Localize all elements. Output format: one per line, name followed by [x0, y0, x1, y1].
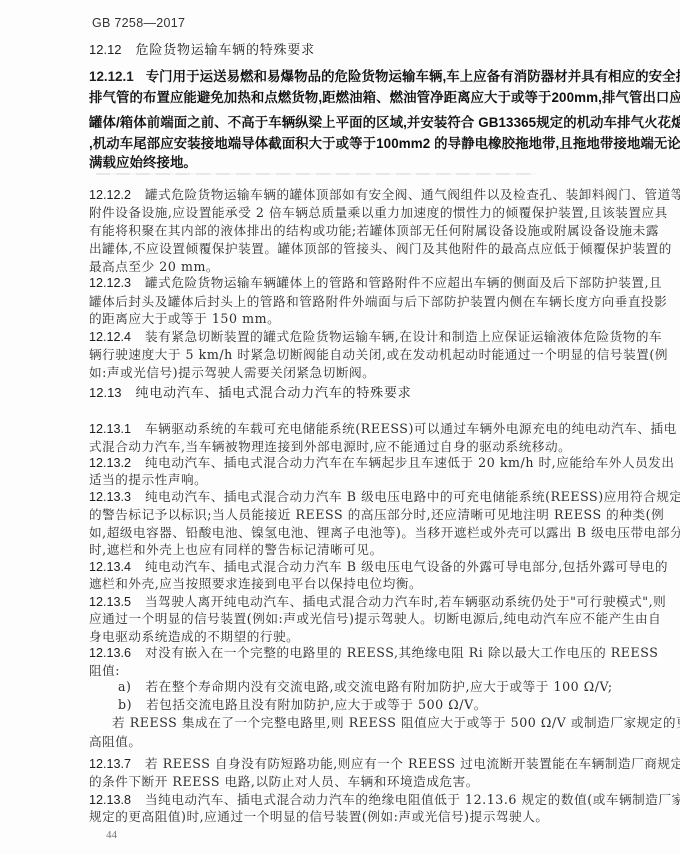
clause-text: 专门用于运送易燃和易爆物品的危险货物运输车辆,车上应备有消防器材并具有相应的安全… [146, 69, 680, 84]
clause-number: 12.12.4 [89, 330, 131, 344]
list-marker: b) [118, 697, 132, 712]
clause-note-line: 高阻值。 [89, 733, 649, 751]
clause-text: 对没有嵌入在一个完整的电路里的 REESS,其绝缘电阻 Ri 除以最大工作电压的… [145, 645, 658, 660]
standard-id: GB 7258—2017 [92, 16, 185, 30]
clause-line: 如,超级电容器、铅酸电池、镍氢电池、锂离子电池等)。当移开遮栏或外壳可以露出 B… [89, 524, 649, 542]
clause-line: 适当的提示性声响。 [89, 471, 649, 489]
clause-number: 12.13.2 [89, 456, 131, 470]
clause-number: 12.12.1 [89, 69, 134, 84]
clause-number: 12.12.2 [89, 188, 131, 202]
clause-line: 辆行驶速度大于 5 km/h 时紧急切断阀能自动关闭,或在发动机起动时能通过一个… [89, 346, 649, 364]
list-text: 若在整个寿命期内没有交流电路,或交流电路有附加防护,应大于或等于 100 Ω/V… [146, 679, 613, 694]
clause-text: 当纯电动汽车、插电式混合动力汽车的绝缘电阻值低于 12.13.6 规定的数值(或… [145, 792, 680, 807]
clause-number: 12.13.4 [89, 560, 131, 574]
clause-line: 12.13.7若 REESS 自身没有防短路功能,则应有一个 REESS 过电流… [89, 755, 649, 773]
clause-line: 出罐体,不应设置倾覆保护装置。罐体顶部的管接头、阀门及其他附件的最高点应低于倾覆… [89, 240, 649, 258]
clause-line: 的距离应大于或等于 150 mm。 [89, 310, 649, 328]
clause-number: 12.13.8 [89, 793, 131, 807]
list-text: 若包括交流电路且没有附加防护,应大于或等于 500 Ω/V。 [146, 697, 487, 712]
clause-line: 12.12.3罐式危险货物运输车辆罐体上的管路和管路附件不应超出车辆的侧面及后下… [89, 274, 649, 292]
section-heading-12-12: 12.12危险货物运输车辆的特殊要求 [89, 41, 649, 59]
list-marker: a) [118, 679, 132, 694]
clause-line: 的警告标记予以标识;当人员能接近 REESS 的高压部分时,还应清晰可见地注明 … [89, 506, 649, 524]
page-number: 44 [106, 829, 117, 841]
clause-text: 当驾驶人离开纯电动汽车、插电式混合动力汽车时,若车辆驱动系统仍处于"可行驶模式"… [145, 594, 666, 609]
section-title: 纯电动汽车、插电式混合动力汽车的特殊要求 [136, 385, 412, 400]
clause-number: 12.12.3 [89, 276, 131, 290]
clause-text: 罐式危险货物运输车辆的罐体顶部如有安全阀、通气阀组件以及检查孔、装卸料阀门、管道… [145, 187, 680, 202]
clause-text: 车辆驱动系统的车载可充电储能系统(REESS)可以通过车辆外电源充电的纯电动汽车… [145, 421, 677, 436]
clause-line: 如:声或光信号)提示驾驶人需要关闭紧急切断阀。 [89, 364, 649, 382]
clause-text: 纯电动汽车、插电式混合动力汽车 B 级电压电气设备的外露可导电部分,包括外露可导… [145, 559, 668, 574]
clause-line: 应通过一个明显的信号装置(例如:声或光信号)提示驾驶人。切断电源后,纯电动汽车应… [89, 610, 649, 628]
clause-line: ,机动车尾部应安装接地端导体截面积大于或等于100mm2 的导静电橡胶拖地带,且… [89, 135, 649, 153]
clause-line: 12.13.8当纯电动汽车、插电式混合动力汽车的绝缘电阻值低于 12.13.6 … [89, 791, 649, 809]
clause-note-line: 若 REESS 集成在了一个完整电路里,则 REESS 阻值应大于或等于 500… [112, 714, 672, 732]
clause-number: 12.13.7 [89, 757, 131, 771]
clause-line: 12.13.1车辆驱动系统的车载可充电储能系统(REESS)可以通过车辆外电源充… [89, 420, 649, 438]
clause-text: 若 REESS 自身没有防短路功能,则应有一个 REESS 过电流断开装置能在车… [145, 756, 680, 771]
clause-line: 罐体后封头及罐体后封头上的管路和管路附件外端面与后下部防护装置内侧在车辆长度方向… [89, 293, 649, 311]
clause-line: 12.12.1专门用于运送易燃和易爆物品的危险货物运输车辆,车上应备有消防器材并… [89, 68, 649, 86]
clause-line: 的条件下断开 REESS 电路,以防止对人员、车辆和环境造成危害。 [89, 773, 649, 791]
clause-line: 排气管的布置应能避免加热和点燃货物,距燃油箱、燃油管净距离应大于或等于200mm… [89, 89, 649, 107]
clause-line: 12.12.4装有紧急切断装置的罐式危险货物运输车辆,在设计和制造上应保证运输液… [89, 328, 649, 346]
clause-line: 遮栏和外壳,应当按照要求连接到电平台以保持电位均衡。 [89, 575, 649, 593]
clause-line: 规定的更高阻值)时,应通过一个明显的信号装置(例如:声或光信号)提示驾驶人。 [89, 808, 649, 826]
clause-line: 罐体/箱体前端面之前、不高于车辆纵梁上平面的区域,并安装符合 GB13365规定… [89, 114, 649, 132]
clause-line: 附件设备设施,应设置能承受 2 倍车辆总质量乘以重力加速度的惯性力的倾覆保护装置… [89, 204, 649, 222]
clause-line: 12.13.2纯电动汽车、插电式混合动力汽车在车辆起步且车速低于 20 km/h… [89, 454, 649, 472]
section-number: 12.13 [89, 385, 122, 400]
clause-text: 纯电动汽车、插电式混合动力汽车 B 级电压电路中的可充电储能系统(REESS)应… [145, 489, 680, 504]
clause-line: 12.13.6对没有嵌入在一个完整的电路里的 REESS,其绝缘电阻 Ri 除以… [89, 644, 649, 662]
clause-number: 12.13.3 [89, 490, 131, 504]
list-item-b: b)若包括交流电路且没有附加防护,应大于或等于 500 Ω/V。 [118, 696, 678, 714]
standard-header: GB 7258—2017 [92, 16, 185, 30]
clause-line: 12.13.3纯电动汽车、插电式混合动力汽车 B 级电压电路中的可充电储能系统(… [89, 488, 649, 506]
clause-text: 罐式危险货物运输车辆罐体上的管路和管路附件不应超出车辆的侧面及后下部防护装置,且 [145, 275, 662, 290]
clause-line: 时,遮栏和外壳上也应有同样的警告标记清晰可见。 [89, 541, 649, 559]
clause-line: 12.13.5当驾驶人离开纯电动汽车、插电式混合动力汽车时,若车辆驱动系统仍处于… [89, 593, 649, 611]
scan-artifact-line [96, 173, 536, 175]
clause-text: 装有紧急切断装置的罐式危险货物运输车辆,在设计和制造上应保证运输液体危险货物的车 [145, 329, 662, 344]
section-heading-12-13: 12.13纯电动汽车、插电式混合动力汽车的特殊要求 [89, 384, 649, 402]
clause-line: 12.13.4纯电动汽车、插电式混合动力汽车 B 级电压电气设备的外露可导电部分… [89, 558, 649, 576]
document-page: GB 7258—2017 12.12危险货物运输车辆的特殊要求 12.12.1专… [0, 0, 680, 854]
clause-number: 12.13.1 [89, 422, 131, 436]
section-title: 危险货物运输车辆的特殊要求 [136, 42, 315, 57]
section-number: 12.12 [89, 42, 122, 57]
list-item-a: a)若在整个寿命期内没有交流电路,或交流电路有附加防护,应大于或等于 100 Ω… [118, 678, 678, 696]
clause-number: 12.13.5 [89, 595, 131, 609]
clause-line: 满载应始终接地。 [89, 154, 649, 172]
clause-line: 有能将积聚在其内部的液体排出的结构或功能;若罐体顶部无任何附属设备设施或附属设备… [89, 222, 649, 240]
clause-number: 12.13.6 [89, 646, 131, 660]
clause-line: 12.12.2罐式危险货物运输车辆的罐体顶部如有安全阀、通气阀组件以及检查孔、装… [89, 186, 649, 204]
clause-text: 纯电动汽车、插电式混合动力汽车在车辆起步且车速低于 20 km/h 时,应能给车… [145, 455, 675, 470]
